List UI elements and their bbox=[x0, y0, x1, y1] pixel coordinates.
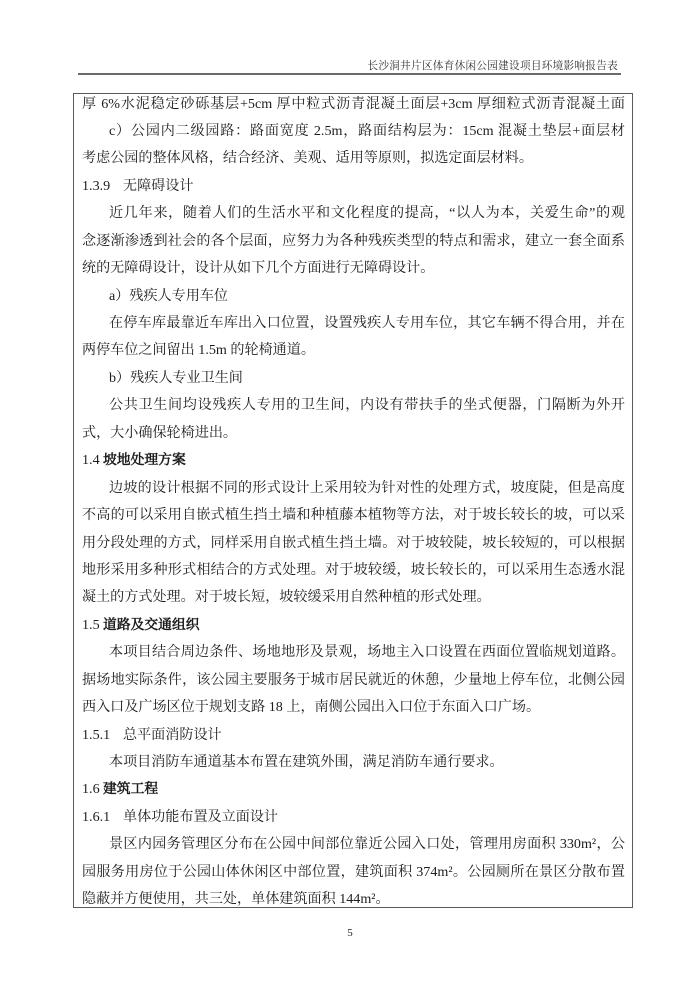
text-line: 在停车库最靠近车库出入口位置，设置残疾人专用车位，其它车辆不得合用，并在 bbox=[82, 310, 625, 337]
section-heading-1-5-1: 1.5.1总平面消防设计 bbox=[82, 722, 625, 749]
list-item-heading: b）残疾人专业卫生间 bbox=[82, 365, 625, 392]
section-title: 单体功能布置及立面设计 bbox=[123, 809, 278, 825]
text-line: 考虑公园的整体风格，结合经济、美观、适用等原则，拟选定面层材料。 bbox=[82, 145, 625, 172]
paragraph: 本项目消防车通道基本布置在建筑外围，满足消防车通行要求。 bbox=[82, 749, 625, 776]
text-line: 景区内园务管理区分布在公园中间部位靠近公园入口处，管理用房面积 330m²，公 bbox=[82, 831, 625, 858]
text-line: 式，大小确保轮椅进出。 bbox=[82, 420, 625, 447]
text-line: 两停车位之间留出 1.5m 的轮椅通道。 bbox=[82, 337, 625, 364]
text-line: 近几年来，随着人们的生活水平和文化程度的提高，“以人为本，关爱生命”的观 bbox=[82, 200, 625, 227]
text-line: b）残疾人专业卫生间 bbox=[82, 365, 625, 392]
text-line: 公共卫生间均设残疾人专用的卫生间，内设有带扶手的坐式便器，门隔断为外开 bbox=[82, 392, 625, 419]
section-heading-1-6: 1.6建筑工程 bbox=[82, 776, 625, 803]
section-heading-1-5: 1.5道路及交通组织 bbox=[82, 612, 625, 639]
section-title: 总平面消防设计 bbox=[123, 727, 222, 743]
text-line: 边坡的设计根据不同的形式设计上采用较为针对性的处理方式，坡度陡，但是高度 bbox=[82, 475, 625, 502]
section-heading-1-4: 1.4坡地处理方案 bbox=[82, 447, 625, 474]
paragraph: 近几年来，随着人们的生活水平和文化程度的提高，“以人为本，关爱生命”的观 念逐渐… bbox=[82, 200, 625, 282]
document-body: 厚 6%水泥稳定砂砾基层+5cm 厚中粒式沥青混凝土面层+3cm 厚细粒式沥青混… bbox=[82, 91, 625, 914]
section-number: 1.6 bbox=[82, 776, 103, 803]
text-line: 据场地实际条件，该公园主要服务于城市居民就近的休憩，少量地上停车位，北侧公园 bbox=[82, 667, 625, 694]
section-title: 无障碍设计 bbox=[123, 178, 193, 194]
text-line: 用分段处理的方式，同样采用自嵌式植生挡土墙。对于坡较陡，坡长较短的，可以根据 bbox=[82, 530, 625, 557]
section-heading-1-3-9: 1.3.9无障碍设计 bbox=[82, 173, 625, 200]
paragraph: 边坡的设计根据不同的形式设计上采用较为针对性的处理方式，坡度陡，但是高度 不高的… bbox=[82, 475, 625, 612]
text-line: 园服务用房位于公园山体休闲区中部位置，建筑面积 374m²。公园厕所在景区分散布… bbox=[82, 859, 625, 886]
section-title: 道路及交通组织 bbox=[103, 617, 200, 633]
text-line: 西入口及广场区位于规划支路 18 上，南侧公园出入口位于东面入口广场。 bbox=[82, 694, 625, 721]
section-number: 1.5 bbox=[82, 612, 103, 639]
page-number: 5 bbox=[0, 925, 700, 941]
text-line: 厚 6%水泥稳定砂砾基层+5cm 厚中粒式沥青混凝土面层+3cm 厚细粒式沥青混… bbox=[82, 91, 625, 118]
paragraph: 公共卫生间均设残疾人专用的卫生间，内设有带扶手的坐式便器，门隔断为外开 式，大小… bbox=[82, 392, 625, 447]
text-line: 地形采用多种形式相结合的方式处理。对于坡较缓，坡长较长的，可以采用生态透水混 bbox=[82, 557, 625, 584]
text-line: a）残疾人专用车位 bbox=[82, 283, 625, 310]
section-title: 建筑工程 bbox=[103, 781, 158, 797]
paragraph: 本项目结合周边条件、场地地形及景观，场地主入口设置在西面位置临规划道路。根 据场… bbox=[82, 639, 625, 721]
text-line: c）公园内二级园路：路面宽度 2.5m，路面结构层为：15cm 混凝土垫层+面层… bbox=[82, 118, 625, 145]
section-heading-1-6-1: 1.6.1单体功能布置及立面设计 bbox=[82, 804, 625, 831]
text-line: 统的无障碍设计，设计从如下几个方面进行无障碍设计。 bbox=[82, 255, 625, 282]
paragraph: c）公园内二级园路：路面宽度 2.5m，路面结构层为：15cm 混凝土垫层+面层… bbox=[82, 118, 625, 173]
text-line: 隐蔽并方便使用，共三处，单体建筑面积 144m²。 bbox=[82, 886, 625, 913]
section-number: 1.4 bbox=[82, 447, 103, 474]
list-item-heading: a）残疾人专用车位 bbox=[82, 283, 625, 310]
text-line: 念逐渐渗透到社会的各个层面，应努力为各种残疾类型的特点和需求，建立一套全面系 bbox=[82, 228, 625, 255]
section-number: 1.5.1 bbox=[82, 722, 123, 749]
text-line: 不高的可以采用自嵌式植生挡土墙和种植藤本植物等方法，对于坡长较长的坡，可以采 bbox=[82, 502, 625, 529]
section-number: 1.6.1 bbox=[82, 804, 123, 831]
header-rule bbox=[78, 73, 621, 75]
text-line: 本项目结合周边条件、场地地形及景观，场地主入口设置在西面位置临规划道路。根 bbox=[82, 639, 625, 666]
text-line: 本项目消防车通道基本布置在建筑外围，满足消防车通行要求。 bbox=[82, 749, 625, 776]
paragraph: 在停车库最靠近车库出入口位置，设置残疾人专用车位，其它车辆不得合用，并在 两停车… bbox=[82, 310, 625, 365]
text-line: 凝土的方式处理。对于坡长短，坡较缓采用自然种植的形式处理。 bbox=[82, 584, 625, 611]
content-frame: 厚 6%水泥稳定砂砾基层+5cm 厚中粒式沥青混凝土面层+3cm 厚细粒式沥青混… bbox=[73, 93, 633, 908]
paragraph: 厚 6%水泥稳定砂砾基层+5cm 厚中粒式沥青混凝土面层+3cm 厚细粒式沥青混… bbox=[82, 91, 625, 118]
section-title: 坡地处理方案 bbox=[103, 452, 186, 468]
section-number: 1.3.9 bbox=[82, 173, 123, 200]
paragraph: 景区内园务管理区分布在公园中间部位靠近公园入口处，管理用房面积 330m²，公 … bbox=[82, 831, 625, 913]
